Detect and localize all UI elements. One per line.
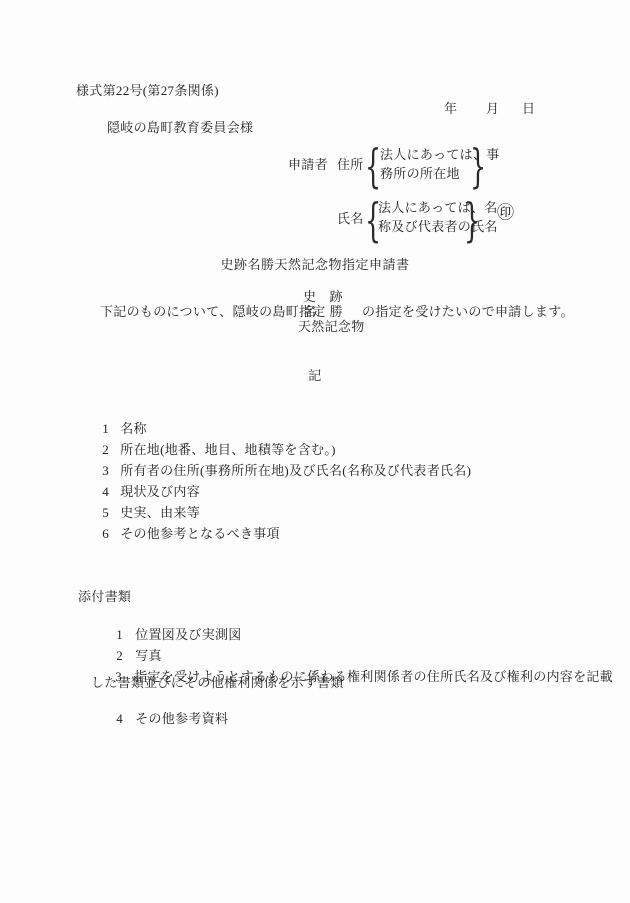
designation-option-natural-monument: 天然記念物 — [298, 319, 365, 334]
date-month-label: 月 — [486, 101, 499, 116]
address-brace-close: } — [470, 143, 486, 189]
request-text-before: 下記のものについて、隠岐の島町指定 — [100, 304, 326, 319]
attachment-item: 4その他参考資料 — [102, 696, 228, 741]
designation-option-historic-site: 史 跡 — [303, 289, 343, 304]
name-brace-close: } — [464, 197, 480, 243]
request-text-after: の指定を受けたいので申請します。 — [362, 304, 574, 319]
attachment-item-wrap-line: した書類並びにその他権利関係を示す書類 — [91, 675, 344, 690]
attachments-heading: 添付書類 — [78, 589, 131, 604]
document-page: 様式第22号(第27条関係) 年 月 日 隠岐の島町教育委員会様 申請者 住所 … — [0, 0, 630, 903]
item-number: 6 — [102, 526, 120, 541]
seal-mark-icon: ㊞ — [497, 204, 514, 222]
item-number: 4 — [116, 711, 135, 726]
page-title: 史跡名勝天然記念物指定申請書 — [0, 257, 630, 272]
date-day-label: 日 — [522, 101, 535, 116]
item-text: その他参考となるべき事項 — [120, 526, 280, 541]
address-brace-open: { — [365, 143, 381, 189]
designation-option-scenic-spot: 名 勝 — [303, 304, 343, 319]
item-text: その他参考資料 — [135, 711, 228, 726]
address-note-line2: 務所の所在地 — [380, 166, 460, 181]
list-item: 6その他参考となるべき事項 — [88, 511, 280, 556]
date-year-label: 年 — [444, 101, 457, 116]
applicant-name-label: 氏名 — [337, 211, 364, 226]
form-number: 様式第22号(第27条関係) — [76, 83, 219, 98]
applicant-label: 申請者 — [288, 157, 328, 172]
addressee: 隠岐の島町教育委員会様 — [107, 120, 253, 135]
applicant-address-label: 住所 — [337, 157, 364, 172]
record-heading: 記 — [0, 368, 630, 383]
